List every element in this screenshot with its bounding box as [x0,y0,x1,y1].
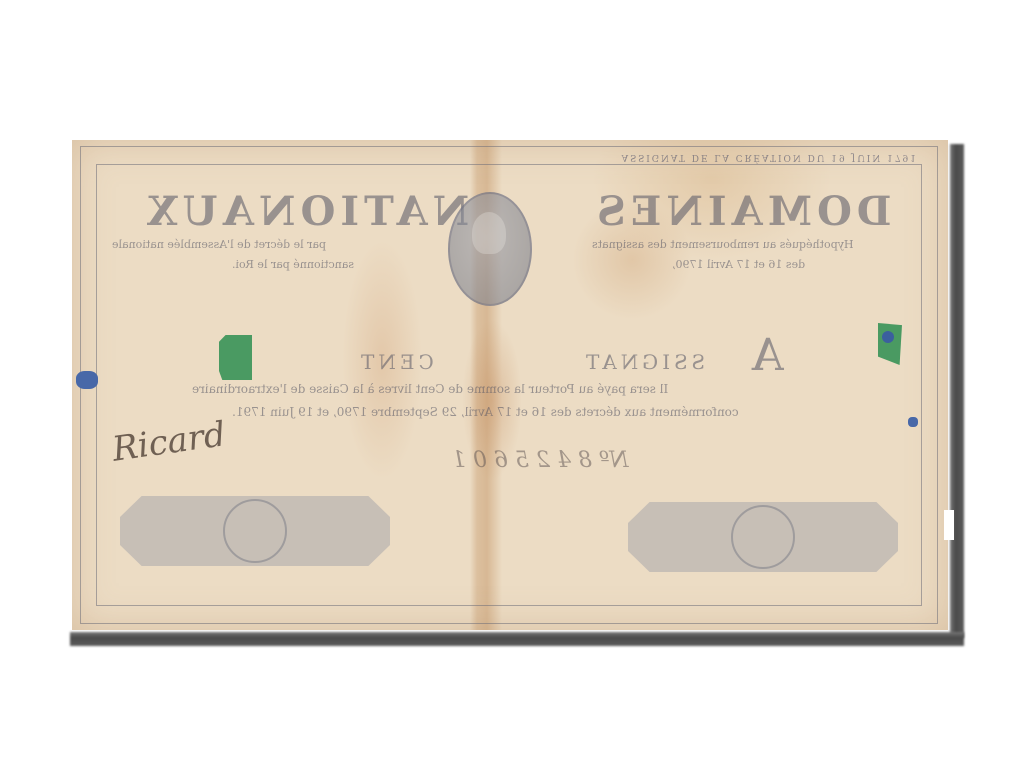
subtitle-sanction: sanctionné par le Roi. [232,258,354,271]
title-nationaux: DOMAINES [592,188,892,235]
portrait-medallion [448,192,532,306]
cartouche-oval-icon [731,505,795,569]
word-cent: CENT [357,350,434,374]
king-portrait-icon [472,212,506,254]
body-text-line-1: Il sera payé au Porteur la somme de Cent… [192,382,668,396]
green-stamp-left [219,335,252,380]
top-border-text: ASSIGNAT DE LA CRÉATION DU 19 JUIN 1791 [102,150,918,164]
photo-shadow-bottom [70,632,964,646]
banknote: ASSIGNAT DE LA CRÉATION DU 19 JUIN 1791 … [72,140,948,630]
body-text-line-2: conformément aux décrets des 16 et 17 Av… [232,405,739,419]
torn-edge [944,510,954,540]
subtitle-hypotheques: Hypothéqués au remboursement des assigna… [592,238,854,251]
cartouche-oval-icon [223,499,287,563]
photo-shadow-right [950,144,964,638]
serial-number: Nº 8 4 2 5 6 0 1 [452,448,629,473]
engraved-cartouche-right [628,502,898,572]
title-domaines: NATIONAUX [142,188,469,235]
top-border-label: ASSIGNAT DE LA CRÉATION DU 19 JUIN 1791 [622,152,918,162]
subtitle-decree: par le décret de l'Assemblée nationale [112,238,326,251]
word-assignat: SSIGNAT [582,350,705,374]
blue-ink-mark [882,331,894,343]
subtitle-date: des 16 et 17 Avril 1790, [672,258,805,271]
blue-ink-blot-right [908,417,918,427]
big-letter-a: A [752,330,784,381]
engraved-cartouche-left [120,496,390,566]
blue-ink-blot-left [76,371,98,389]
